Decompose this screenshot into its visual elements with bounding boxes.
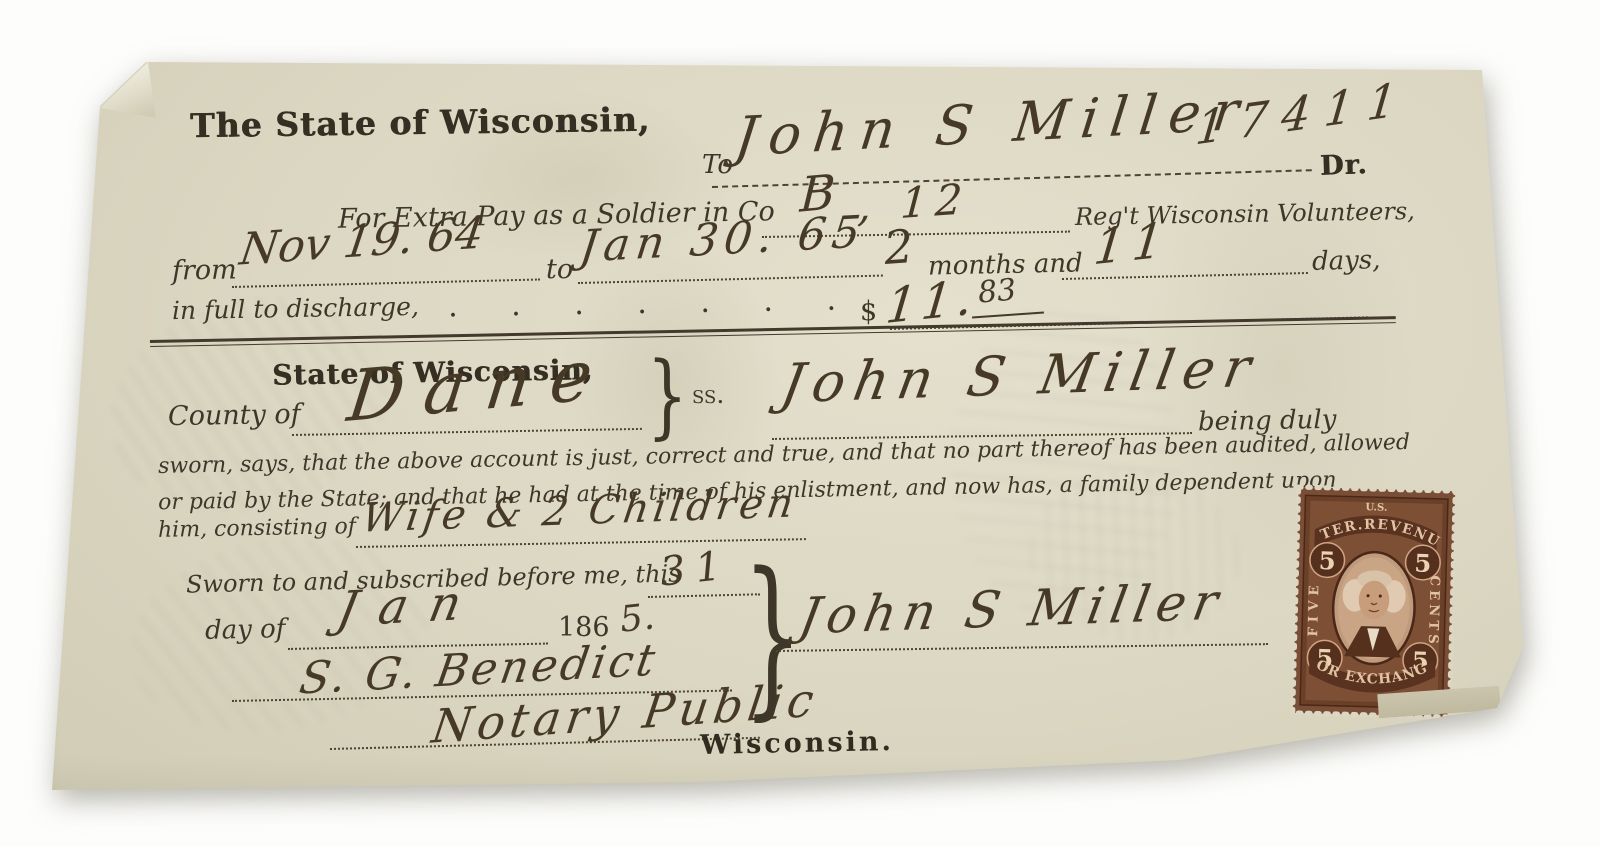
days-value: 11 xyxy=(1091,212,1174,277)
stamp-right-text: CENTS xyxy=(1425,575,1442,648)
day-of-label: day of xyxy=(205,614,286,646)
ss-label: ss. xyxy=(692,380,724,409)
folded-corner xyxy=(96,58,168,130)
voucher-paper: 17411 The State of Wisconsin, To John S … xyxy=(0,0,1600,846)
revenue-stamp: U.S. INTER.REVENUE 5 5 5 5 FIVE CENTS xyxy=(1289,484,1459,720)
stamp-denomination: 5 xyxy=(1414,549,1432,578)
cents-underline xyxy=(972,311,1044,318)
from-date: Nov 19. 64 xyxy=(237,207,487,276)
dr-label: Dr. xyxy=(1319,149,1368,182)
leader-dots: . . . . . . . xyxy=(448,283,837,325)
to-label: To xyxy=(702,150,733,180)
jurat-month-value: Jan xyxy=(333,574,489,638)
county-label: County of xyxy=(168,399,301,432)
regiment-number: , 12 xyxy=(856,174,971,231)
footer-state-name: Wisconsin. xyxy=(700,726,894,761)
ss-brace: } xyxy=(647,350,688,442)
currency-sign: $ xyxy=(860,296,877,327)
days-label: days, xyxy=(1312,245,1381,277)
from-label: from xyxy=(172,254,237,286)
soldier-signature: John S Miller xyxy=(795,572,1229,645)
photo-of-document: 17411 The State of Wisconsin, To John S … xyxy=(0,0,1600,846)
county-value: Dane xyxy=(343,332,617,438)
amount-cents: 83 xyxy=(977,272,1018,310)
to-leader xyxy=(578,275,883,284)
stamp-denomination: 5 xyxy=(1318,546,1336,575)
to-date-label: to xyxy=(546,254,573,285)
stamp-country-text: U.S. xyxy=(1365,501,1387,514)
stamp-left-text: FIVE xyxy=(1306,580,1322,637)
document-title: The State of Wisconsin, xyxy=(190,100,651,145)
jurat-day-value: 31 xyxy=(658,542,733,595)
paper-shadow-wrap: 17411 The State of Wisconsin, To John S … xyxy=(0,0,1600,846)
months-value: 2 xyxy=(882,219,915,275)
from-leader xyxy=(232,278,540,288)
family-leader xyxy=(356,538,806,548)
payee-name: John S Miller xyxy=(731,78,1254,168)
jurat-brace: } xyxy=(743,550,803,722)
affiant-name: John S Miller xyxy=(777,335,1265,415)
soldier-signature-leader xyxy=(776,643,1268,652)
affidavit-body-line3: him, consisting of xyxy=(158,514,356,543)
discharge-label: in full to discharge, xyxy=(172,292,419,325)
